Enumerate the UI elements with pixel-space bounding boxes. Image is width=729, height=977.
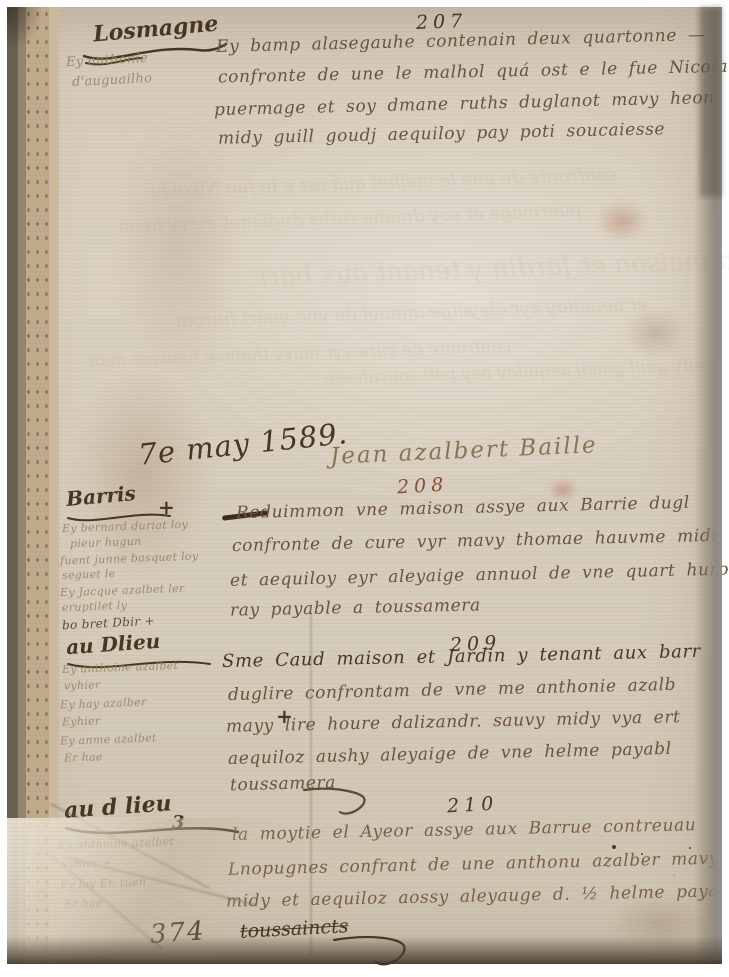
margin-note: eruptilet ly <box>62 600 127 613</box>
entry-number-210: 210 <box>447 795 499 817</box>
spine-shadow-corner <box>7 7 41 49</box>
margin-note: vyhier <box>64 679 101 691</box>
margin-note: Eyhier <box>62 715 101 727</box>
margin-note: seguet le <box>62 568 116 581</box>
manuscript-scan: confronte de une le malhol quá ost e le … <box>0 0 729 977</box>
page-bottom-edge <box>7 936 722 964</box>
margin-title-barris: Barris <box>65 483 136 509</box>
margin-note: d'auguailho <box>72 72 153 89</box>
page-fold-line <box>310 612 312 956</box>
page-right-edge-shadow <box>700 7 722 197</box>
margin-note: pieur hugun <box>70 536 142 549</box>
entry-number-208: 208 <box>397 476 449 498</box>
ink-spatter <box>612 845 616 849</box>
margin-note: Ey anme azalbet <box>60 732 157 746</box>
margin-note: Ey hay azalber <box>60 696 147 710</box>
entry-number-207: 207 <box>416 12 468 33</box>
margin-note: Er hae <box>64 751 103 763</box>
